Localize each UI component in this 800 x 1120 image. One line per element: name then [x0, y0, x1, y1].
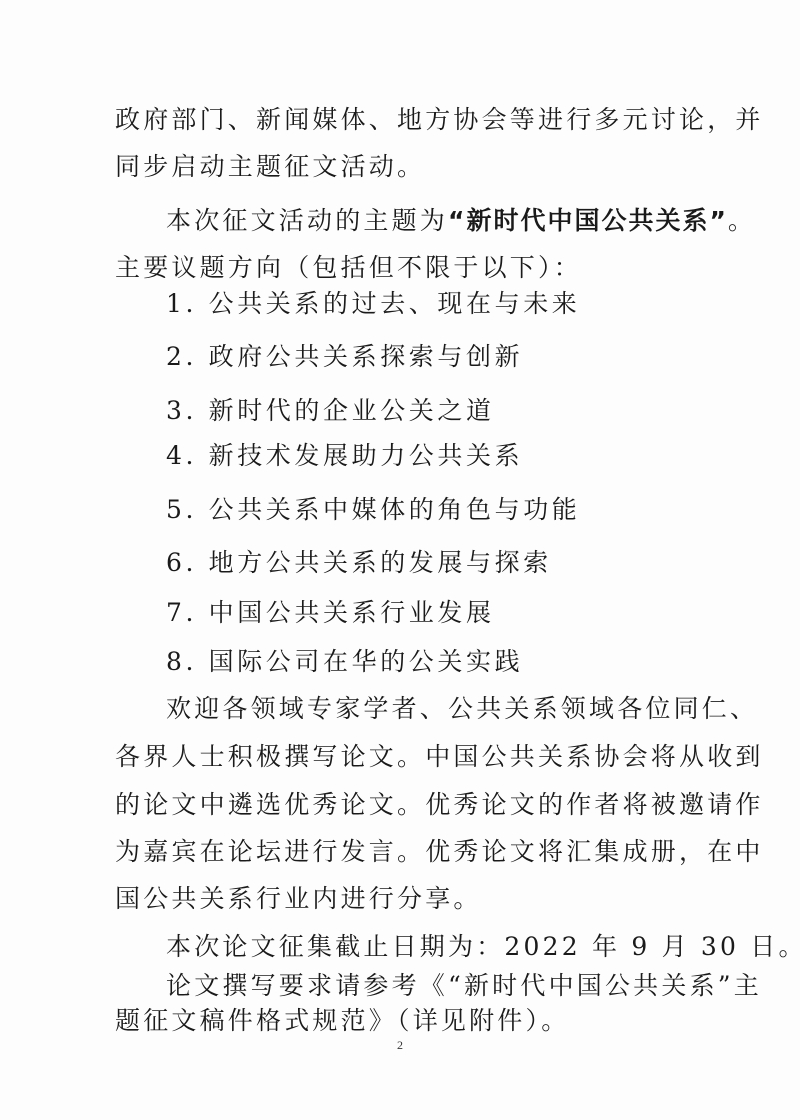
theme-suffix: 。	[728, 206, 756, 235]
invitation-paragraph-line-5: 国公共关系行业内进行分享。	[115, 883, 690, 915]
paragraph-continuation-line-1: 政府部门、新闻媒体、地方协会等进行多元讨论，并	[115, 104, 690, 136]
theme-paragraph-line-1: 本次征文活动的主题为“新时代中国公共关系”。	[166, 205, 741, 237]
topic-item-7: 7. 中国公共关系行业发展	[166, 597, 741, 629]
requirements-paragraph-line-1: 论文撰写要求请参考《“新时代中国公共关系”主	[166, 970, 741, 1002]
theme-prefix: 本次征文活动的主题为	[166, 206, 448, 235]
topic-item-4: 4. 新技术发展助力公共关系	[166, 440, 741, 472]
deadline-paragraph: 本次论文征集截止日期为：2022 年 9 月 30 日。	[166, 931, 741, 963]
invitation-paragraph-line-4: 为嘉宾在论坛进行发言。优秀论文将汇集成册，在中	[115, 836, 690, 868]
invitation-paragraph-line-3: 的论文中遴选优秀论文。优秀论文的作者将被邀请作	[115, 789, 690, 821]
page-number: 2	[0, 1038, 800, 1053]
invitation-paragraph-line-1: 欢迎各领域专家学者、公共关系领域各位同仁、	[166, 693, 741, 725]
topic-item-3: 3. 新时代的企业公关之道	[166, 395, 741, 427]
topic-item-1: 1. 公共关系的过去、现在与未来	[166, 288, 741, 320]
invitation-paragraph-line-2: 各界人士积极撰写论文。中国公共关系协会将从收到	[115, 741, 690, 773]
requirements-paragraph-line-2: 题征文稿件格式规范》（详见附件）。	[115, 1005, 690, 1037]
topic-item-2: 2. 政府公共关系探索与创新	[166, 341, 741, 373]
paragraph-continuation-line-2: 同步启动主题征文活动。	[115, 151, 690, 183]
theme-paragraph-line-2: 主要议题方向（包括但不限于以下）：	[115, 252, 690, 284]
topic-item-6: 6. 地方公共关系的发展与探索	[166, 547, 741, 579]
document-page: 政府部门、新闻媒体、地方协会等进行多元讨论，并 同步启动主题征文活动。 本次征文…	[0, 0, 800, 1120]
theme-title: “新时代中国公共关系”	[448, 206, 728, 235]
topic-item-8: 8. 国际公司在华的公关实践	[166, 646, 741, 678]
topic-item-5: 5. 公共关系中媒体的角色与功能	[166, 494, 741, 526]
